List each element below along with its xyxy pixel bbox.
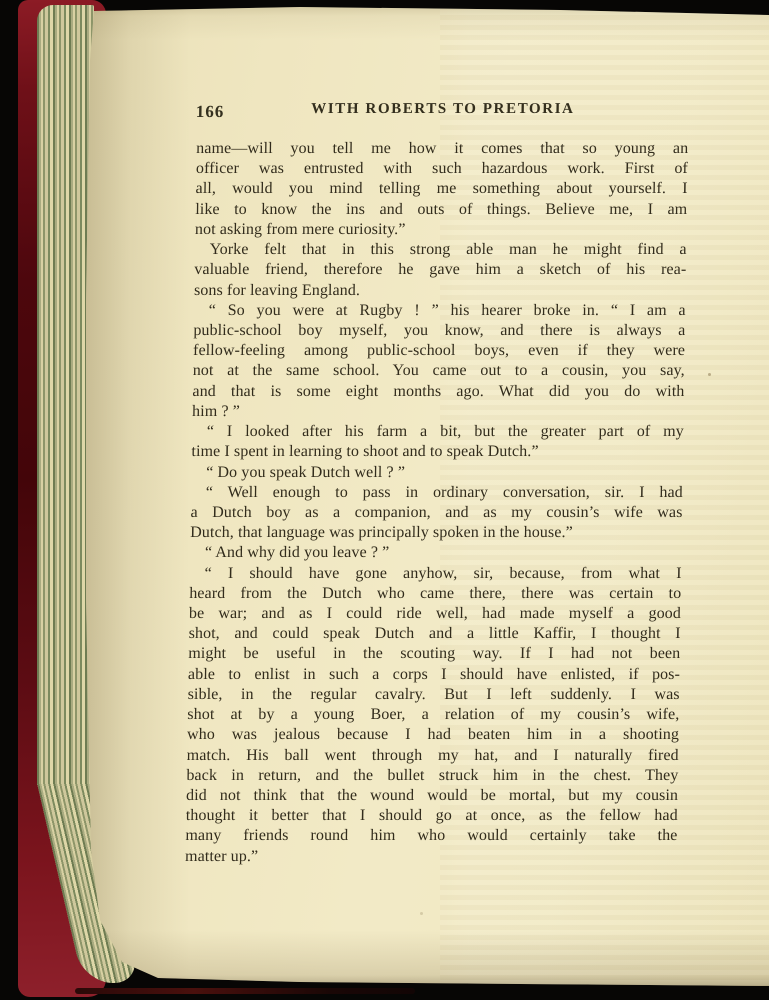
paper-speck: [420, 912, 423, 915]
page-header: 166 WITH ROBERTS TO PRETORIA: [197, 101, 689, 121]
text-line: shot at by a young Boer, a relation of m…: [187, 705, 679, 725]
text-line: not asking from mere curiosity.”: [195, 220, 687, 240]
text-line: “ Do you speak Dutch well ? ”: [191, 463, 683, 483]
page-content: 166 WITH ROBERTS TO PRETORIA name—will y…: [185, 101, 689, 867]
text-line: matter up.”: [185, 847, 677, 867]
text-line: valuable friend, therefore he gave him a…: [194, 260, 686, 280]
text-line: name—will you tell me how it comes that …: [196, 139, 688, 159]
text-line: “ And why did you leave ? ”: [190, 543, 682, 563]
text-line: fellow-feeling among public-school boys,…: [193, 341, 685, 361]
text-line: sons for leaving England.: [194, 281, 686, 301]
text-line: “ I should have gone anyhow, sir, becaus…: [189, 564, 681, 584]
text-line: time I spent in learning to shoot and to…: [191, 442, 683, 462]
text-line: be war; and as I could ride well, had ma…: [189, 604, 681, 624]
page-body: name—will you tell me how it comes that …: [185, 139, 688, 867]
text-line: “ Well enough to pass in ordinary conver…: [191, 483, 683, 503]
text-line: officer was entrusted with such hazardou…: [196, 159, 688, 179]
text-line: all, would you mind telling me something…: [195, 179, 687, 199]
scene: { "book": { "page_number": "166", "runni…: [0, 0, 769, 1000]
running-header: WITH ROBERTS TO PRETORIA: [197, 101, 689, 118]
text-line: might be useful in the scouting way. If …: [188, 644, 680, 664]
text-line: “ So you were at Rugby ! ” his hearer br…: [194, 301, 686, 321]
text-line: a Dutch boy as a companion, and as my co…: [190, 503, 682, 523]
text-line: and that is some eight months ago. What …: [192, 382, 684, 402]
text-line: sible, in the regular cavalry. But I lef…: [188, 685, 680, 705]
text-line: not at the same school. You came out to …: [193, 361, 685, 381]
text-line: match. His ball went through my hat, and…: [187, 746, 679, 766]
text-line: thought it better that I should go at on…: [186, 806, 678, 826]
text-line: did not think that the wound would be mo…: [186, 786, 678, 806]
text-line: public-school boy myself, you know, and …: [193, 321, 685, 341]
text-line: shot, and could speak Dutch and a little…: [188, 624, 680, 644]
text-line: heard from the Dutch who came there, the…: [189, 584, 681, 604]
cover-bottom-glint: [75, 988, 415, 994]
text-line: Dutch, that language was principally spo…: [190, 523, 682, 543]
text-line: back in return, and the bullet struck hi…: [186, 766, 678, 786]
paper-speck: [708, 373, 711, 376]
page-number: 166: [196, 102, 225, 122]
text-line: Yorke felt that in this strong able man …: [194, 240, 686, 260]
text-line: who was jealous because I had beaten him…: [187, 725, 679, 745]
page-edges-stack: [37, 5, 94, 785]
text-line: many friends round him who would certain…: [185, 826, 677, 846]
text-line: “ I looked after his farm a bit, but the…: [192, 422, 684, 442]
text-line: like to know the ins and outs of things.…: [195, 200, 687, 220]
text-line: him ? ”: [192, 402, 684, 422]
text-line: able to enlist in such a corps I should …: [188, 665, 680, 685]
